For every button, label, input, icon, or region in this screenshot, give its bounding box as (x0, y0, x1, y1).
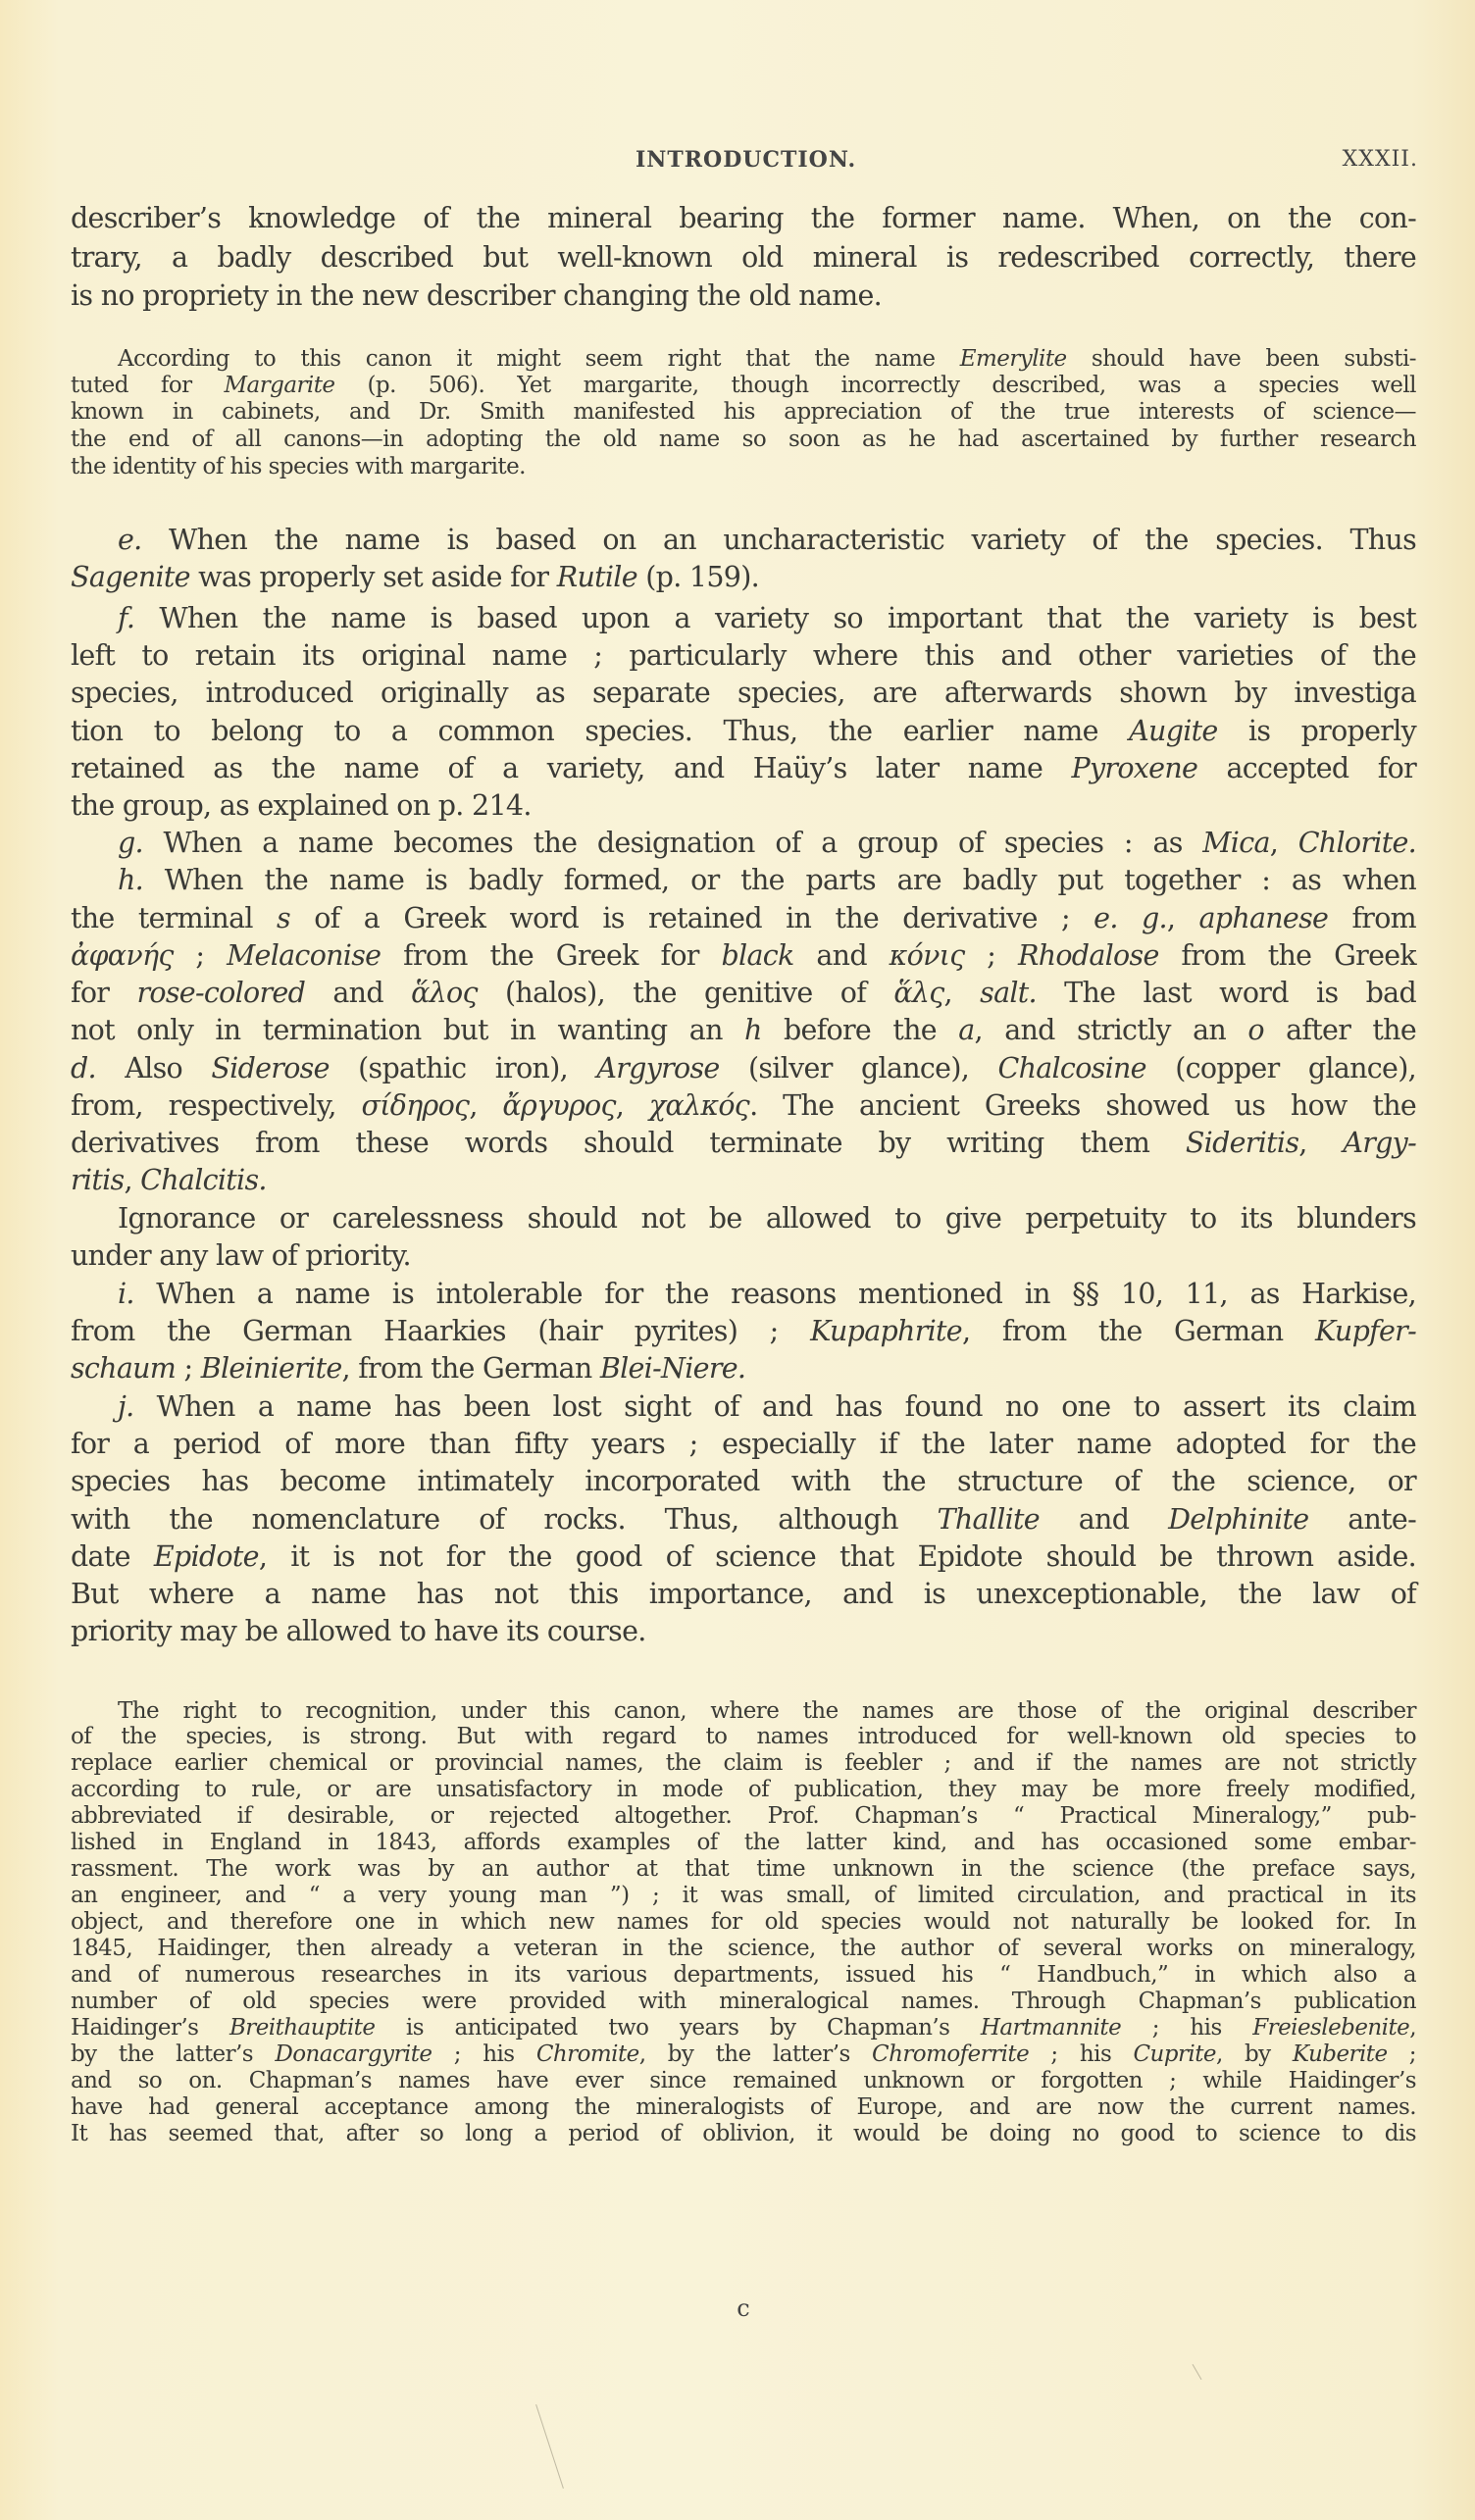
text-line: replace earlier chemical or provincial n… (71, 1748, 1416, 1778)
text-line: and of numerous researches in its variou… (71, 1960, 1416, 1990)
text-line: the group, as explained on p. 214. (71, 787, 1416, 825)
text-line: by the latter’s Donacargyrite ; his Chro… (71, 2040, 1416, 2069)
text-line: According to this canon it might seem ri… (118, 344, 1416, 374)
text-line: f. When the name is based upon a variety… (118, 600, 1416, 637)
signature-mark: c (71, 2294, 1416, 2322)
text-line: known in cabinets, and Dr. Smith manifes… (71, 397, 1416, 427)
page-number: XXXII. (1343, 147, 1418, 172)
text-line: object, and therefore one in which new n… (71, 1907, 1416, 1937)
text-line: g. When a name becomes the designation o… (118, 825, 1416, 862)
text-line: priority may be allowed to have its cour… (71, 1613, 1416, 1650)
text-line: schaum ; Bleinierite, from the German Bl… (71, 1350, 1416, 1387)
text-line: trary, a badly described but well-known … (71, 239, 1416, 277)
text-line: is no propriety in the new describer cha… (71, 277, 1416, 315)
paper-scratch (535, 2404, 564, 2489)
text-line: according to rule, or are unsatisfactory… (71, 1775, 1416, 1804)
text-line: Ignorance or carelessness should not be … (118, 1200, 1416, 1237)
text-line: of the species, is strong. But with rega… (71, 1722, 1416, 1751)
text-line: from the German Haarkies (hair pyrites) … (71, 1313, 1416, 1350)
text-line: and so on. Chapman’s names have ever sin… (71, 2066, 1416, 2095)
text-line: ἀφανής ; Melaconise from the Greek for b… (71, 937, 1416, 975)
text-line: date Epidote, it is not for the good of … (71, 1538, 1416, 1576)
text-line: the terminal s of a Greek word is retain… (71, 900, 1416, 937)
text-line: the identity of his species with margari… (71, 452, 1416, 481)
text-line: an engineer, and “ a very young man ”) ;… (71, 1881, 1416, 1910)
text-line: the end of all canons—in adopting the ol… (71, 425, 1416, 454)
text-line: with the nomenclature of rocks. Thus, al… (71, 1501, 1416, 1538)
text-line: species, introduced originally as separa… (71, 675, 1416, 712)
text-line: have had general acceptance among the mi… (71, 2092, 1416, 2122)
text-line: lished in England in 1843, affords examp… (71, 1828, 1416, 1857)
running-title: INTRODUCTION. (636, 147, 856, 173)
text-line: tion to belong to a common species. Thus… (71, 713, 1416, 750)
text-line: e. When the name is based on an uncharac… (118, 522, 1416, 559)
text-line: rassment. The work was by an author at t… (71, 1854, 1416, 1884)
text-line: for rose-colored and ἅλος (halos), the g… (71, 975, 1416, 1012)
text-line: retained as the name of a variety, and H… (71, 750, 1416, 787)
running-header: INTRODUCTION. XXXII. (71, 147, 1416, 186)
text-line: species has become intimately incorporat… (71, 1463, 1416, 1500)
text-line: But where a name has not this importance… (71, 1576, 1416, 1613)
text-line: for a period of more than fifty years ; … (71, 1426, 1416, 1463)
text-line: not only in termination but in wanting a… (71, 1012, 1416, 1049)
text-line: d. Also Siderose (spathic iron), Argyros… (71, 1050, 1416, 1087)
text-line: left to retain its original name ; parti… (71, 637, 1416, 675)
text-line: from, respectively, σίδηρος, ἄργυρος, χα… (71, 1087, 1416, 1125)
text-line: derivatives from these words should term… (71, 1125, 1416, 1162)
text-line: h. When the name is badly formed, or the… (118, 862, 1416, 899)
text-line: describer’s knowledge of the mineral bea… (71, 200, 1416, 237)
text-line: ritis, Chalcitis. (71, 1162, 1416, 1199)
text-line: tuted for Margarite (p. 506). Yet margar… (71, 371, 1416, 400)
text-line: number of old species were provided with… (71, 1987, 1416, 2016)
text-line: under any law of priority. (71, 1237, 1416, 1275)
text-line: Haidinger’s Breithauptite is anticipated… (71, 2013, 1416, 2042)
text-line: 1845, Haidinger, then already a veteran … (71, 1934, 1416, 1963)
paper-scratch (1193, 2364, 1202, 2380)
text-line: Sagenite was properly set aside for Ruti… (71, 559, 1416, 596)
text-line: It has seemed that, after so long a peri… (71, 2119, 1416, 2148)
text-line: abbreviated if desirable, or rejected al… (71, 1801, 1416, 1831)
text-line: i. When a name is intolerable for the re… (118, 1276, 1416, 1313)
text-line: j. When a name has been lost sight of an… (118, 1388, 1416, 1426)
